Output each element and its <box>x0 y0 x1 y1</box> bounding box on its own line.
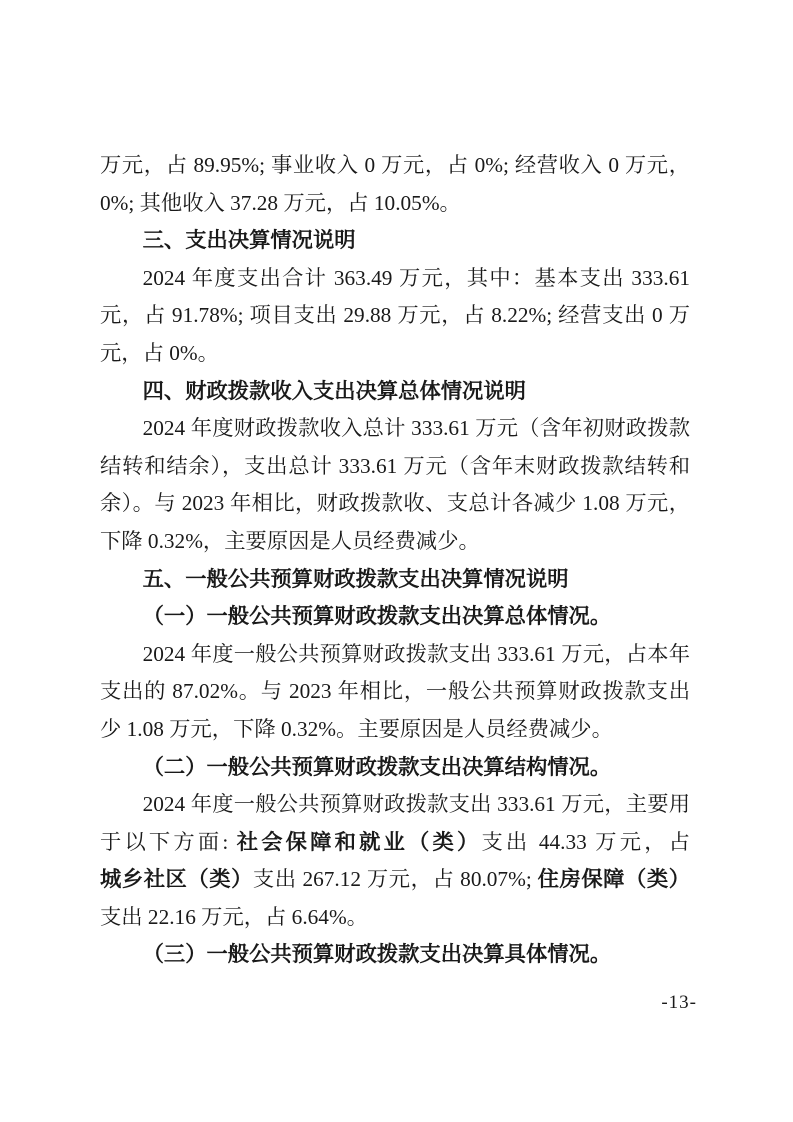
text-run: 五、一般公共预算财政拨款支出决算情况说明 <box>143 567 569 591</box>
page-number: -13- <box>661 992 697 1014</box>
text-run: 支出 22.16 万元，占 6.64%。 <box>100 905 368 929</box>
text-line: 下降 0.32%，主要原因是人员经费减少。 <box>100 523 690 561</box>
text-line: 结转和结余），支出总计 333.61 万元（含年末财政拨款结转和结 <box>100 448 690 486</box>
text-run: 2024 年度一般公共预算财政拨款支出 333.61 万元，占本年 <box>143 642 690 666</box>
text-run: 支出的 87.02%。与 2023 年相比，一般公共预算财政拨款支出减 <box>100 679 690 711</box>
text-run: 万元，占 89.95%; 事业收入 0 万元，占 0%; 经营收入 0 万元，占 <box>100 153 690 185</box>
text-line: 0%; 其他收入 37.28 万元，占 10.05%。 <box>100 185 690 223</box>
heading-line: （二）一般公共预算财政拨款支出决算结构情况。 <box>100 749 690 787</box>
text-run: （三）一般公共预算财政拨款支出决算具体情况。 <box>143 942 612 966</box>
text-line: 2024 年度财政拨款收入总计 333.61 万元（含年初财政拨款 <box>100 410 690 448</box>
text-run: 住房保障（类） <box>538 867 690 891</box>
text-line: 支出的 87.02%。与 2023 年相比，一般公共预算财政拨款支出减 <box>100 673 690 711</box>
text-run: （一）一般公共预算财政拨款支出决算总体情况。 <box>143 604 612 628</box>
text-run: 于以下方面: <box>100 830 237 854</box>
text-line: 余）。与 2023 年相比，财政拨款收、支总计各减少 1.08 万元， <box>100 485 690 523</box>
text-run: 支出 267.12 万元，占 80.07%; <box>253 867 538 891</box>
heading-line: 四、财政拨款收入支出决算总体情况说明 <box>100 373 690 411</box>
text-run: （二）一般公共预算财政拨款支出决算结构情况。 <box>143 755 612 779</box>
text-line: 2024 年度一般公共预算财政拨款支出 333.61 万元，主要用 <box>100 786 690 824</box>
text-line: 城乡社区（类）支出 267.12 万元，占 80.07%; 住房保障（类） <box>100 861 690 899</box>
text-line: 元，占 91.78%; 项目支出 29.88 万元，占 8.22%; 经营支出 … <box>100 297 690 335</box>
text-run: 社会保障和就业（类） <box>237 830 482 854</box>
text-run: 元，占 0%。 <box>100 341 219 365</box>
text-run: 结转和结余），支出总计 333.61 万元（含年末财政拨款结转和结 <box>100 454 690 486</box>
text-line: 元，占 0%。 <box>100 335 690 373</box>
text-line: 少 1.08 万元，下降 0.32%。主要原因是人员经费减少。 <box>100 711 690 749</box>
heading-line: （一）一般公共预算财政拨款支出决算总体情况。 <box>100 598 690 636</box>
heading-line: 三、支出决算情况说明 <box>100 222 690 260</box>
text-run: 三、支出决算情况说明 <box>143 228 356 252</box>
text-run: 下降 0.32%，主要原因是人员经费减少。 <box>100 529 480 553</box>
text-line: 万元，占 89.95%; 事业收入 0 万元，占 0%; 经营收入 0 万元，占 <box>100 147 690 185</box>
text-block: 万元，占 89.95%; 事业收入 0 万元，占 0%; 经营收入 0 万元，占… <box>100 147 690 974</box>
text-line: 支出 22.16 万元，占 6.64%。 <box>100 899 690 937</box>
text-run: 城乡社区（类） <box>100 867 253 891</box>
text-line: 于以下方面: 社会保障和就业（类）支出 44.33 万元，占 13.29%; <box>100 824 690 862</box>
text-run: 余）。与 2023 年相比，财政拨款收、支总计各减少 1.08 万元， <box>100 491 690 515</box>
text-run: 2024 年度财政拨款收入总计 333.61 万元（含年初财政拨款 <box>143 416 690 440</box>
heading-line: （三）一般公共预算财政拨款支出决算具体情况。 <box>100 936 690 974</box>
text-run: 2024 年度支出合计 363.49 万元，其中：基本支出 333.61 万 <box>100 266 690 298</box>
text-line: 2024 年度支出合计 363.49 万元，其中：基本支出 333.61 万 <box>100 260 690 298</box>
text-run: 2024 年度一般公共预算财政拨款支出 333.61 万元，主要用 <box>143 792 690 816</box>
text-run: 元，占 91.78%; 项目支出 29.88 万元，占 8.22%; 经营支出 … <box>100 303 690 327</box>
text-run: 少 1.08 万元，下降 0.32%。主要原因是人员经费减少。 <box>100 717 613 741</box>
document-page: 万元，占 89.95%; 事业收入 0 万元，占 0%; 经营收入 0 万元，占… <box>0 0 793 1122</box>
heading-line: 五、一般公共预算财政拨款支出决算情况说明 <box>100 561 690 599</box>
text-run: 0%; 其他收入 37.28 万元，占 10.05%。 <box>100 191 461 215</box>
text-line: 2024 年度一般公共预算财政拨款支出 333.61 万元，占本年 <box>100 636 690 674</box>
text-run: 四、财政拨款收入支出决算总体情况说明 <box>143 379 526 403</box>
